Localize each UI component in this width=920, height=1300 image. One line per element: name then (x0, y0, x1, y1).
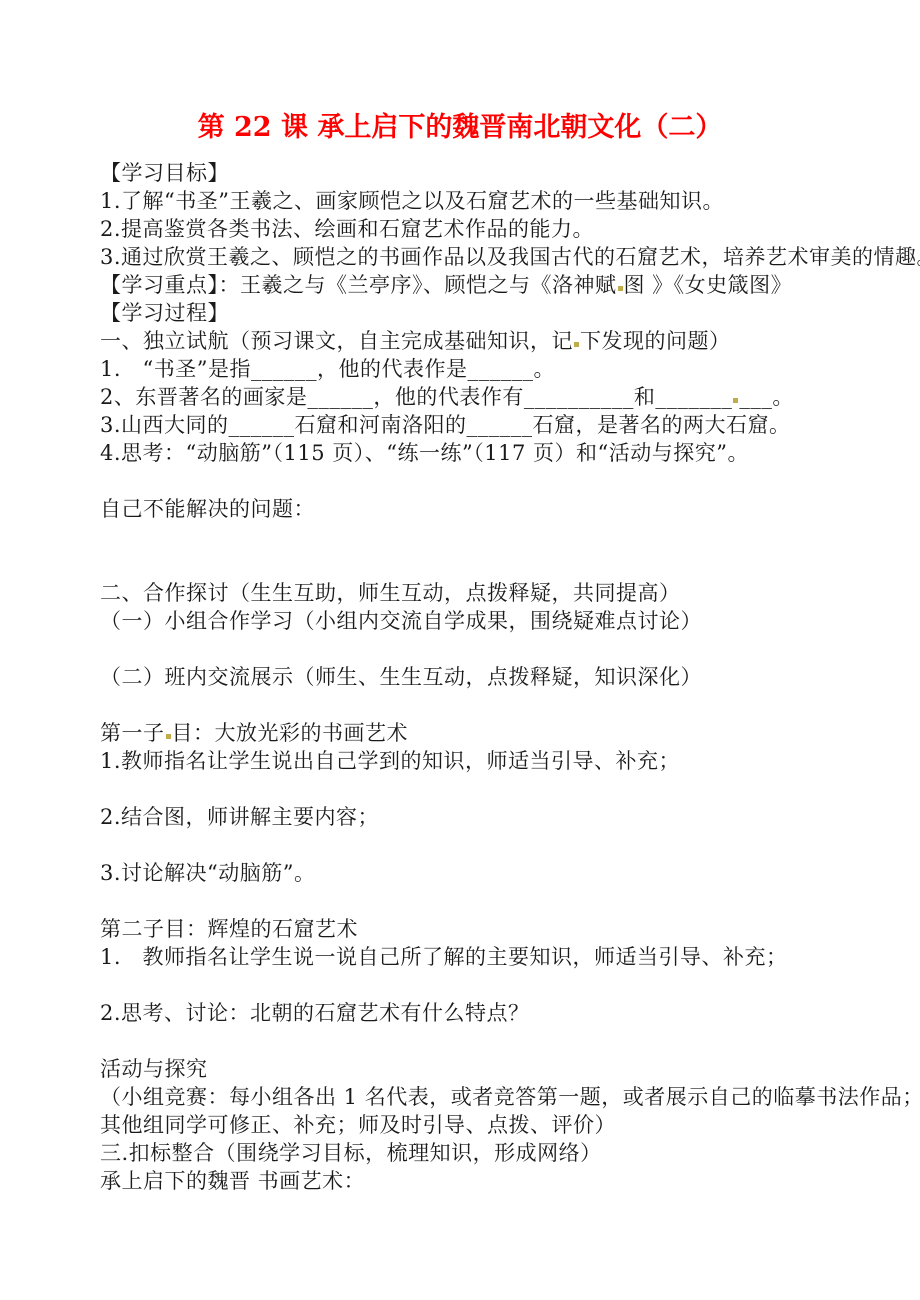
doc-line: （二）班内交流展示（师生、生生互动，点拨释疑，知识深化） (100, 663, 840, 691)
doc-line: 1.教师指名让学生说出自己学到的知识，师适当引导、补充； (100, 747, 840, 775)
doc-text: 3.讨论解决“动脑筋”。 (100, 861, 316, 885)
doc-line: （一）小组合作学习（小组内交流自学成果，围绕疑难点讨论） (100, 607, 840, 635)
doc-line: 3.山西大同的______石窟和河南洛阳的______石窟，是著名的两大石窟。 (100, 411, 840, 439)
doc-text: 其他组同学可修正、补充；师及时引导、点拨、评价） (100, 1113, 616, 1137)
doc-text: （小组竞赛：每小组各出 1 名代表，或者竞答第一题，或者展示自己的临摹书法作品； (100, 1085, 920, 1109)
doc-line: 二、合作探讨（生生互助，师生互动，点拨释疑，共同提高） (100, 579, 840, 607)
doc-text: 2.提高鉴赏各类书法、绘画和石窟艺术作品的能力。 (100, 217, 594, 241)
doc-text: 自己不能解决的问题： (100, 497, 315, 521)
doc-text: 活动与探究 (100, 1057, 208, 1081)
doc-line: 自己不能解决的问题： (100, 495, 840, 523)
doc-line: 2.结合图，师讲解主要内容； (100, 803, 840, 831)
doc-line (100, 551, 840, 579)
doc-line: 其他组同学可修正、补充；师及时引导、点拨、评价） (100, 1111, 840, 1139)
doc-text: 1. “书圣”是指______，他的代表作是______。 (100, 357, 555, 381)
doc-line: 活动与探究 (100, 1055, 840, 1083)
doc-text: 3.通过欣赏王羲之、顾恺之的书画作品以及我国古代的石窟艺术，培养艺术审美的情趣。 (100, 245, 920, 269)
doc-text: 下发现的问题） (580, 329, 731, 353)
doc-line (100, 971, 840, 999)
doc-line: 3.讨论解决“动脑筋”。 (100, 859, 840, 887)
doc-text: 第一子 (100, 721, 165, 745)
doc-line: 1. 教师指名让学生说一说自己所了解的主要知识，师适当引导、补充； (100, 943, 840, 971)
doc-text: 目：大放光彩的书画艺术 (172, 721, 409, 745)
doc-line (100, 775, 840, 803)
doc-line (100, 691, 840, 719)
doc-line: 3.通过欣赏王羲之、顾恺之的书画作品以及我国古代的石窟艺术，培养艺术审美的情趣。 (100, 243, 840, 271)
doc-line: 第二子目：辉煌的石窟艺术 (100, 915, 840, 943)
doc-line: （小组竞赛：每小组各出 1 名代表，或者竞答第一题，或者展示自己的临摹书法作品； (100, 1083, 840, 1111)
doc-line (100, 831, 840, 859)
page-title: 第 22 课 承上启下的魏晋南北朝文化（二） (0, 112, 920, 144)
doc-line: 三.扣标整合（围绕学习目标，梳理知识，形成网络） (100, 1139, 840, 1167)
doc-text: 图 》《女史箴图》 (624, 273, 793, 297)
doc-text: 第二子目：辉煌的石窟艺术 (100, 917, 358, 941)
doc-text: 一、独立试航（预习课文，自主完成基础知识，记 (100, 329, 573, 353)
doc-line: 【学习过程】 (100, 299, 840, 327)
doc-line: 【学习重点】：王羲之与《兰亭序》、顾恺之与《洛神赋图 》《女史箴图》 (100, 271, 840, 299)
doc-text: 2.结合图，师讲解主要内容； (100, 805, 379, 829)
doc-line: 1.了解“书圣”王羲之、画家顾恺之以及石窟艺术的一些基础知识。 (100, 187, 840, 215)
doc-text: 【学习过程】 (100, 301, 229, 325)
doc-line (100, 1027, 840, 1055)
doc-line: 【学习目标】 (100, 159, 840, 187)
doc-text: （一）小组合作学习（小组内交流自学成果，围绕疑难点讨论） (100, 609, 702, 633)
doc-text: ___。 (739, 385, 794, 409)
doc-text: （二）班内交流展示（师生、生生互动，点拨释疑，知识深化） (100, 665, 702, 689)
doc-line: 4.思考：“动脑筋”（115 页）、“练一练”（117 页）和“活动与探究”。 (100, 439, 840, 467)
doc-line (100, 887, 840, 915)
doc-line: 2.思考、讨论：北朝的石窟艺术有什么特点？ (100, 999, 840, 1027)
doc-text: 2.思考、讨论：北朝的石窟艺术有什么特点？ (100, 1001, 530, 1025)
document-body: 【学习目标】1.了解“书圣”王羲之、画家顾恺之以及石窟艺术的一些基础知识。2.提… (100, 159, 840, 1195)
doc-line (100, 523, 840, 551)
doc-line (100, 467, 840, 495)
doc-text: 二、合作探讨（生生互助，师生互动，点拨释疑，共同提高） (100, 581, 681, 605)
doc-text: 1. 教师指名让学生说一说自己所了解的主要知识，师适当引导、补充； (100, 945, 788, 969)
doc-text: 3.山西大同的______石窟和河南洛阳的______石窟，是著名的两大石窟。 (100, 413, 791, 437)
doc-line: 2、东晋著名的画家是______，他的代表作有__________和______… (100, 383, 840, 411)
doc-line: 第一子目：大放光彩的书画艺术 (100, 719, 840, 747)
highlight-dot (574, 342, 579, 347)
doc-text: 【学习重点】：王羲之与《兰亭序》、顾恺之与《洛神赋 (100, 273, 617, 297)
highlight-dot (618, 286, 623, 291)
highlight-dot (166, 734, 171, 739)
highlight-dot (733, 398, 738, 403)
doc-line: 一、独立试航（预习课文，自主完成基础知识，记下发现的问题） (100, 327, 840, 355)
doc-line (100, 635, 840, 663)
doc-text: 2、东晋著名的画家是______，他的代表作有__________和______… (100, 385, 732, 409)
doc-line: 1. “书圣”是指______，他的代表作是______。 (100, 355, 840, 383)
doc-text: 4.思考：“动脑筋”（115 页）、“练一练”（117 页）和“活动与探究”。 (100, 441, 749, 465)
doc-text: 三.扣标整合（围绕学习目标，梳理知识，形成网络） (100, 1141, 602, 1165)
document-page: 第 22 课 承上启下的魏晋南北朝文化（二） 【学习目标】1.了解“书圣”王羲之… (0, 0, 920, 1300)
doc-line: 2.提高鉴赏各类书法、绘画和石窟艺术作品的能力。 (100, 215, 840, 243)
doc-text: 1.了解“书圣”王羲之、画家顾恺之以及石窟艺术的一些基础知识。 (100, 189, 724, 213)
doc-text: 1.教师指名让学生说出自己学到的知识，师适当引导、补充； (100, 749, 680, 773)
doc-text: 【学习目标】 (100, 161, 229, 185)
doc-line: 承上启下的魏晋 书画艺术： (100, 1167, 840, 1195)
doc-text: 承上启下的魏晋 书画艺术： (100, 1169, 365, 1193)
